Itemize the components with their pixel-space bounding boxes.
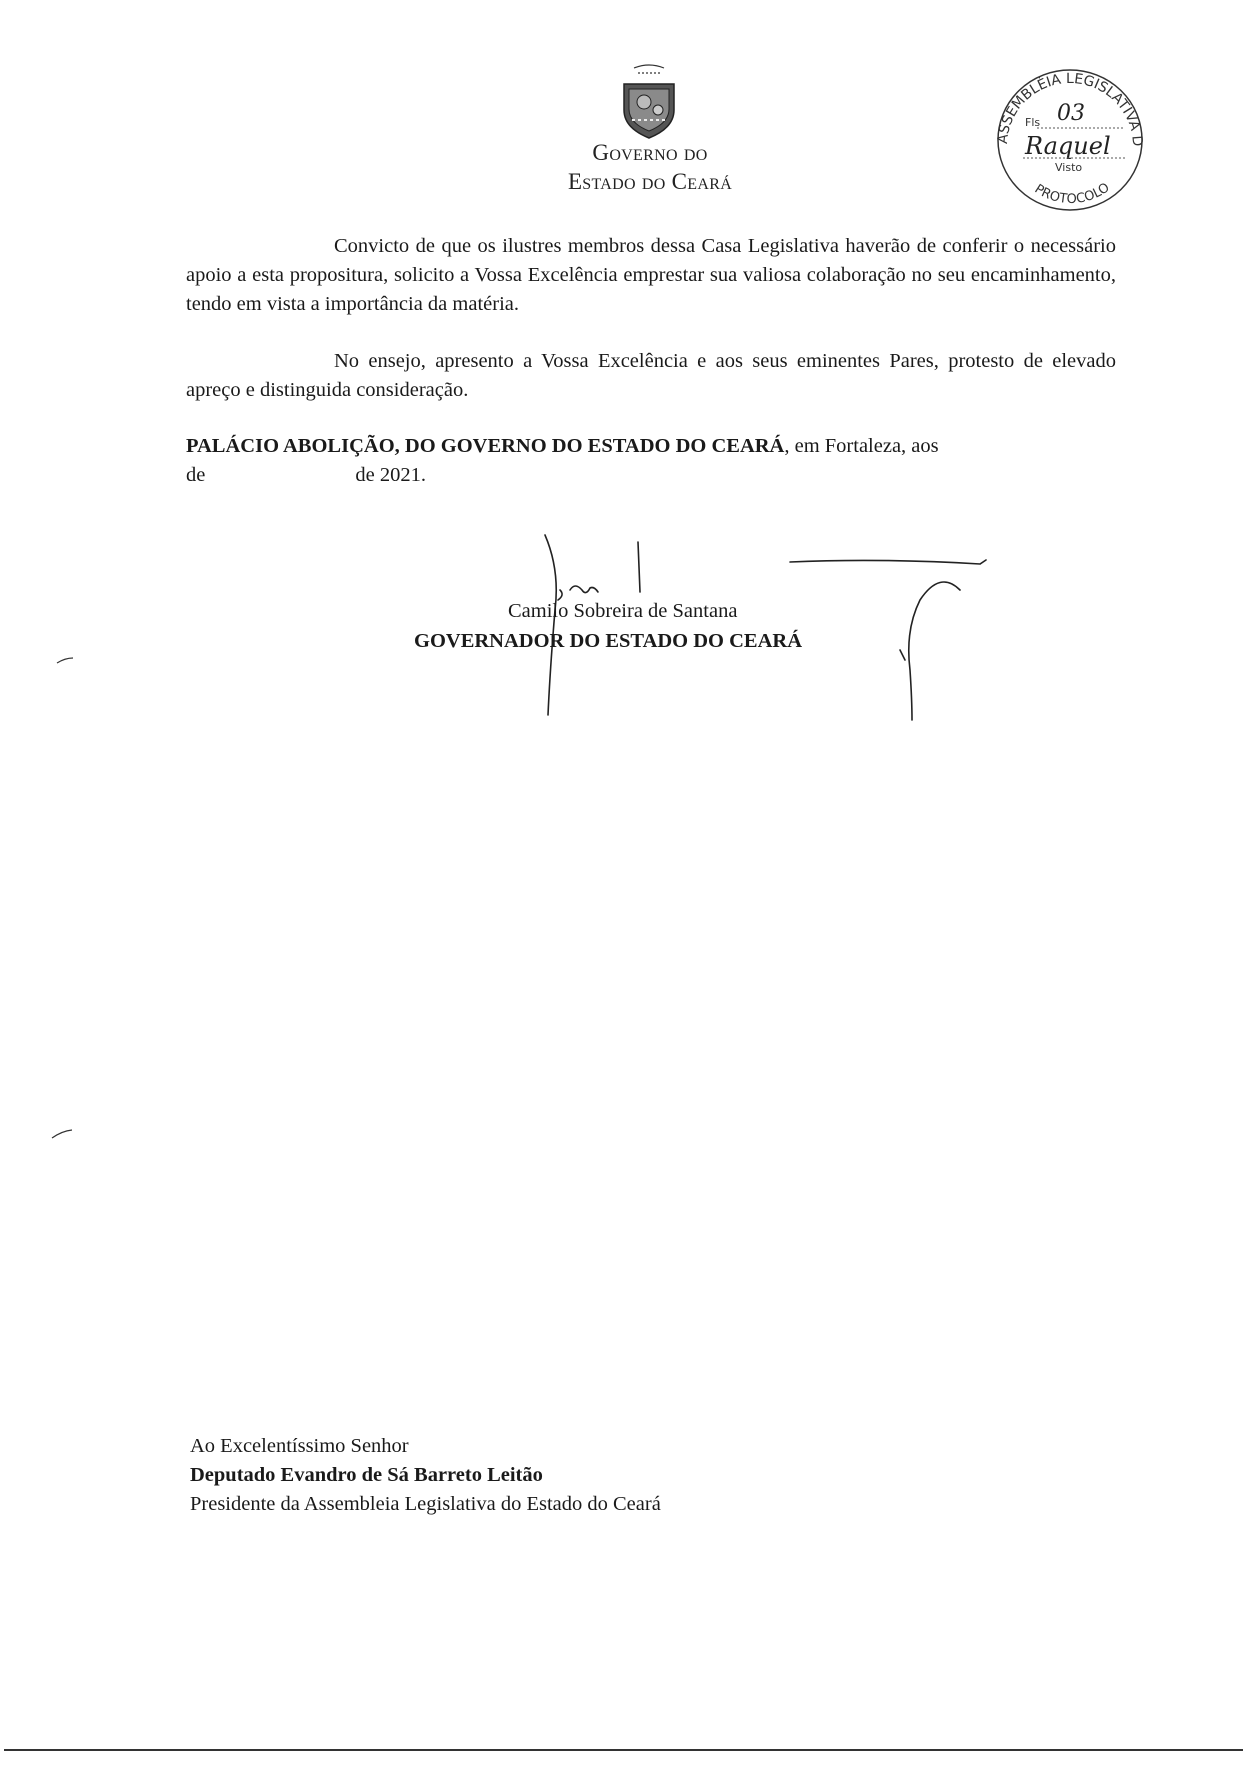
recipient-salutation: Ao Excelentíssimo Senhor bbox=[190, 1432, 661, 1461]
signer-name: Camilo Sobreira de Santana bbox=[508, 600, 737, 623]
recipient-name: Deputado Evandro de Sá Barreto Leitão bbox=[190, 1464, 543, 1486]
stamp-fls-value: 03 bbox=[1057, 101, 1085, 126]
letterhead-line1: Governo do bbox=[500, 138, 800, 167]
paragraph-1: Convicto de que os ilustres membros dess… bbox=[186, 232, 1116, 319]
footer-rule bbox=[4, 1749, 1243, 1751]
date-suffix: de 2021. bbox=[355, 464, 426, 486]
recipient-title: Presidente da Assembleia Legislativa do … bbox=[190, 1490, 661, 1519]
letterhead-line2: Estado do Ceará bbox=[500, 167, 800, 196]
stamp-visto-signature: Raquel bbox=[1024, 132, 1111, 160]
scan-mark bbox=[55, 655, 75, 665]
scan-mark bbox=[50, 1128, 74, 1140]
closing-rest: , em Fortaleza, aos bbox=[784, 435, 938, 457]
date-prefix: de bbox=[186, 464, 205, 486]
protocol-stamp: ASSEMBLÉIA LEGISLATIVA DO CEARÁ PROTOCOL… bbox=[985, 58, 1155, 218]
signer-role: GOVERNADOR DO ESTADO DO CEARÁ bbox=[414, 630, 802, 653]
closing-place-date: PALÁCIO ABOLIÇÃO, DO GOVERNO DO ESTADO D… bbox=[186, 432, 1116, 490]
coat-of-arms-icon bbox=[618, 60, 680, 140]
letterhead: Governo do Estado do Ceará bbox=[500, 138, 800, 196]
stamp-visto-label: Visto bbox=[1055, 161, 1082, 174]
paragraph-2-text: No ensejo, apresento a Vossa Excelência … bbox=[186, 350, 1116, 401]
palace-name: PALÁCIO ABOLIÇÃO, DO GOVERNO DO ESTADO D… bbox=[186, 435, 784, 457]
paragraph-2: No ensejo, apresento a Vossa Excelência … bbox=[186, 347, 1116, 405]
stamp-fls-label: Fls bbox=[1025, 116, 1040, 129]
paragraph-1-text: Convicto de que os ilustres membros dess… bbox=[186, 235, 1116, 315]
recipient-block: Ao Excelentíssimo Senhor Deputado Evandr… bbox=[190, 1432, 661, 1519]
